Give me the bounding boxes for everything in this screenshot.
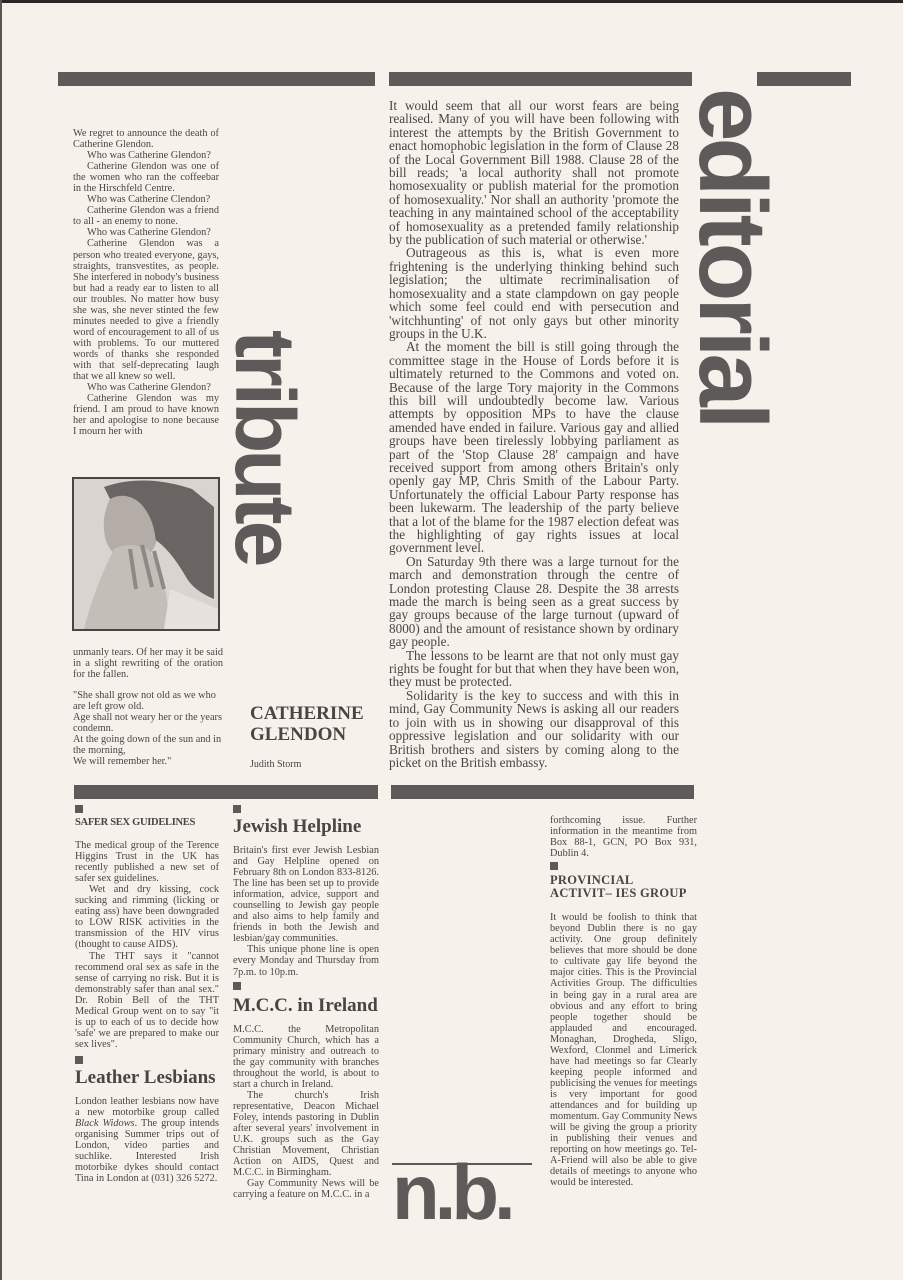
tribute-para: Who was Catherine Glendon? bbox=[73, 227, 219, 238]
leather-text: London leather lesbians now have a new m… bbox=[75, 1096, 219, 1118]
jewish-para: Britain's first ever Jewish Lesbian and … bbox=[233, 845, 379, 944]
jewish-para: This unique phone line is open every Mon… bbox=[233, 944, 379, 977]
leather-heading: Leather Lesbians bbox=[75, 1068, 219, 1088]
portrait-image-icon bbox=[74, 479, 218, 629]
editorial-title-rule bbox=[757, 72, 851, 86]
editorial-para: Outrageous as this is, what is even more… bbox=[389, 246, 679, 340]
mcc-heading: M.C.C. in Ireland bbox=[233, 996, 379, 1016]
safer-sex-para: Wet and dry kissing, cock sucking and ri… bbox=[75, 884, 219, 950]
jewish-heading: Jewish Helpline bbox=[233, 817, 379, 837]
section-bullet-icon bbox=[75, 1056, 83, 1064]
tribute-para: Catherine Glendon was a friend to all - … bbox=[73, 205, 219, 227]
section-bullet-icon bbox=[233, 805, 241, 813]
tribute-continuation: unmanly tears. Of her may it be said in … bbox=[73, 647, 223, 680]
tribute-para: Catherine Glendon was one of the women w… bbox=[73, 161, 219, 194]
tribute-para: Who was Catherine Glendon? bbox=[73, 382, 219, 393]
editorial-para: The lessons to be learnt are that not on… bbox=[389, 649, 679, 689]
tribute-name-heading: CATHERINE GLENDON bbox=[250, 703, 364, 745]
leather-para: London leather lesbians now have a new m… bbox=[75, 1096, 219, 1184]
tribute-name-line1: CATHERINE bbox=[250, 703, 364, 724]
leather-group-name: Black Widows bbox=[75, 1118, 135, 1129]
editorial-para: Solidarity is the key to success and wit… bbox=[389, 689, 679, 769]
safer-sex-para: The medical group of the Terence Higgins… bbox=[75, 840, 219, 884]
nb-logo: n.b. bbox=[392, 1162, 511, 1222]
tribute-section-title: tribute bbox=[230, 330, 300, 563]
safer-sex-para: The THT says it "cannot recommend oral s… bbox=[75, 951, 219, 1050]
tribute-name-line2: GLENDON bbox=[250, 724, 364, 745]
safer-sex-heading: SAFER SEX GUIDELINES bbox=[75, 817, 219, 828]
editorial-body: It would seem that all our worst fears a… bbox=[389, 99, 679, 769]
editorial-section-title: editorial bbox=[692, 88, 772, 425]
tribute-top-rule bbox=[58, 72, 375, 86]
section-bullet-icon bbox=[550, 862, 558, 870]
catherine-photo bbox=[72, 477, 220, 631]
mcc-provincial-articles: forthcoming issue. Further information i… bbox=[550, 815, 697, 1188]
nb-right-rule bbox=[391, 785, 694, 799]
poem-line: "She shall grow not old as we who are le… bbox=[73, 690, 223, 712]
tribute-para: Catherine Glendon was a person who treat… bbox=[73, 238, 219, 382]
mcc-para: M.C.C. the Metropolitan Community Church… bbox=[233, 1024, 379, 1090]
provincial-para: It would be foolish to think that beyond… bbox=[550, 912, 697, 1188]
provincial-heading: PROVINCIAL ACTIVIT– IES GROUP bbox=[550, 874, 697, 900]
tribute-para: Who was Catherine Clendon? bbox=[73, 194, 219, 205]
tribute-para: We regret to announce the death of Cathe… bbox=[73, 128, 219, 150]
editorial-para: On Saturday 9th there was a large turnou… bbox=[389, 555, 679, 649]
section-bullet-icon bbox=[75, 805, 83, 813]
tribute-poem: "She shall grow not old as we who are le… bbox=[73, 690, 223, 767]
poem-line: Age shall not weary her or the years con… bbox=[73, 712, 223, 734]
mcc-para: The church's Irish representative, Deaco… bbox=[233, 1090, 379, 1178]
nb-left-rule bbox=[74, 785, 378, 799]
section-bullet-icon bbox=[233, 982, 241, 990]
poem-line: We will remember her." bbox=[73, 756, 223, 767]
poem-line: At the going down of the sun and in the … bbox=[73, 734, 223, 756]
editorial-top-rule bbox=[389, 72, 692, 86]
tribute-author: Judith Storm bbox=[250, 759, 301, 770]
mcc-para: Gay Community News will be carrying a fe… bbox=[233, 1178, 379, 1200]
jewish-mcc-articles: Jewish Helpline Britain's first ever Jew… bbox=[233, 805, 379, 1200]
tribute-para: Who was Catherine Glendon? bbox=[73, 150, 219, 161]
tribute-body: We regret to announce the death of Cathe… bbox=[73, 128, 219, 437]
mcc-continuation: forthcoming issue. Further information i… bbox=[550, 815, 697, 859]
scan-left-edge bbox=[0, 0, 2, 1280]
scan-top-edge bbox=[0, 0, 903, 3]
editorial-para: It would seem that all our worst fears a… bbox=[389, 99, 679, 246]
editorial-para: At the moment the bill is still going th… bbox=[389, 340, 679, 555]
safer-sex-article: SAFER SEX GUIDELINES The medical group o… bbox=[75, 805, 219, 1184]
tribute-para: Catherine Glendon was my friend. I am pr… bbox=[73, 393, 219, 437]
tribute-continuation-text: unmanly tears. Of her may it be said in … bbox=[73, 647, 223, 680]
